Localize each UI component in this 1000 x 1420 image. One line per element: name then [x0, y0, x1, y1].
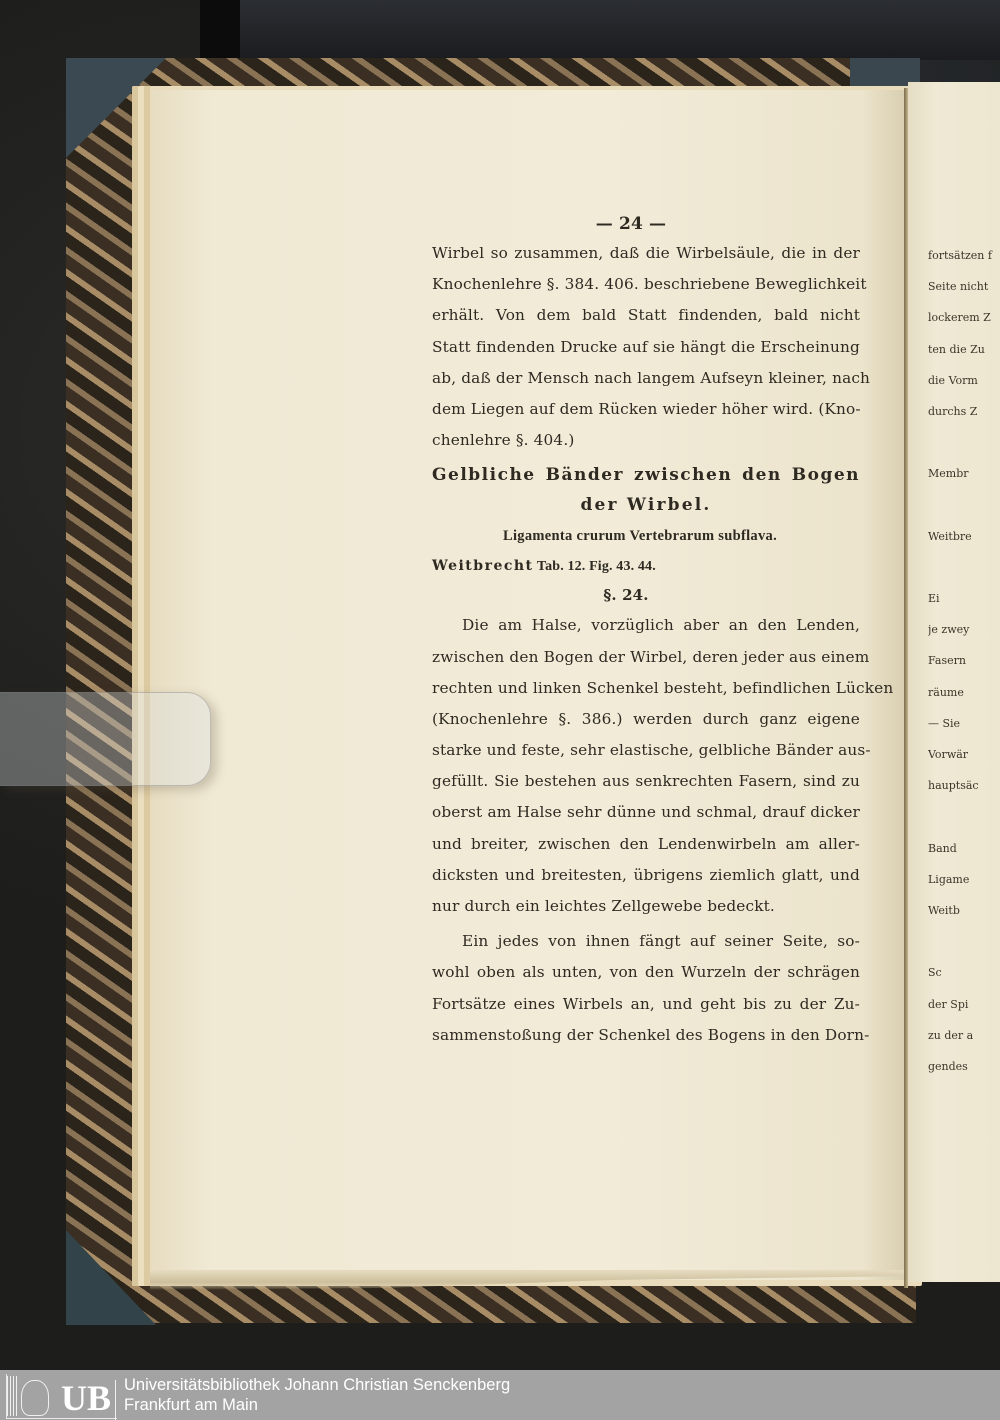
text-line: und breiter, zwischen den Lendenwirbeln …: [432, 829, 860, 860]
text-fragment: der Spi: [928, 989, 1000, 1020]
paragraph-2: Die am Halse, vorzüglich aber an den Len…: [432, 610, 860, 922]
section-number: §. 24.: [392, 580, 860, 610]
text-line: gefüllt. Sie bestehen aus senkrechten Fa…: [432, 766, 860, 797]
scan-background-cloth: [230, 0, 1000, 60]
text-fragment: gendes: [928, 1051, 1000, 1082]
text-fragment: [928, 490, 1000, 521]
page-holder-strip: [0, 692, 211, 786]
latin-title: Ligamenta crurum Vertebrarum subflava.: [420, 520, 860, 552]
heading-line: der Wirbel.: [432, 490, 860, 520]
text-fragment: die Vorm: [928, 365, 1000, 396]
text-line: dicksten und breitesten, übrigens ziemli…: [432, 860, 860, 891]
library-footer-banner: UB Universitätsbibliothek Johann Christi…: [0, 1370, 1000, 1420]
text-line: zwischen den Bogen der Wirbel, deren jed…: [432, 642, 860, 673]
senckenberg-portrait-icon: [21, 1380, 49, 1416]
text-line: Die am Halse, vorzüglich aber an den Len…: [432, 610, 860, 641]
text-fragment: Vorwär: [928, 739, 1000, 770]
paragraph-3: Ein jedes von ihnen fängt auf seiner Sei…: [432, 926, 860, 1051]
text-fragment: Band: [928, 833, 1000, 864]
logo-ub-text: UB: [61, 1378, 111, 1418]
institution-line-2: Frankfurt am Main: [124, 1395, 510, 1415]
heading-line: Gelbliche Bänder zwischen den Bogen: [432, 460, 860, 490]
text-fragment: zu der a: [928, 1020, 1000, 1051]
text-fragment: — Sie: [928, 708, 1000, 739]
text-fragment: Ligame: [928, 864, 1000, 895]
text-line: (Knochenlehre §. 386.) werden durch ganz…: [432, 704, 860, 735]
text-line: Knochenlehre §. 384. 406. beschriebene B…: [432, 269, 860, 300]
text-line: Ein jedes von ihnen fängt auf seiner Sei…: [432, 926, 860, 957]
text-fragment: [928, 926, 1000, 957]
ub-logo: UB: [6, 1374, 117, 1419]
citation-author: Weitbrecht: [432, 558, 534, 574]
text-line: dem Liegen auf dem Rücken wieder höher w…: [432, 394, 860, 425]
text-fragment: hauptsäc: [928, 770, 1000, 801]
text-line: oberst am Halse sehr dünne und schmal, d…: [432, 797, 860, 828]
text-fragment: Weitbre: [928, 521, 1000, 552]
text-fragment: räume: [928, 677, 1000, 708]
text-fragment: je zwey: [928, 614, 1000, 645]
text-fragment: ten die Zu: [928, 334, 1000, 365]
paragraph-1: Wirbel so zusammen, daß die Wirbelsäule,…: [432, 238, 860, 456]
text-fragment: [928, 427, 1000, 458]
text-fragment: Sc: [928, 957, 1000, 988]
logo-divider: [115, 1380, 116, 1420]
text-fragment: Fasern: [928, 645, 1000, 676]
text-fragment: [928, 552, 1000, 583]
institution-line-1: Universitätsbibliothek Johann Christian …: [124, 1375, 510, 1395]
right-page-text-fragments: fortsätzen f Seite nicht lockerem Z ten …: [928, 240, 1000, 1082]
institution-name: Universitätsbibliothek Johann Christian …: [124, 1375, 510, 1415]
text-fragment: durchs Z: [928, 396, 1000, 427]
text-line: Fortsätze eines Wirbels an, und geht bis…: [432, 989, 860, 1020]
text-line: nur durch ein leichtes Zellgewebe bedeck…: [432, 891, 860, 922]
text-line: rechten und linken Schenkel besteht, bef…: [432, 673, 860, 704]
text-line: Statt findenden Drucke auf sie hängt die…: [432, 332, 860, 363]
text-fragment: Weitb: [928, 895, 1000, 926]
citation: Weitbrecht Tab. 12. Fig. 43. 44.: [432, 552, 860, 580]
text-fragment: Ei: [928, 583, 1000, 614]
text-line: ab, daß der Mensch nach langem Aufseyn k…: [432, 363, 860, 394]
text-line: chenlehre §. 404.): [432, 425, 860, 456]
text-line: Wirbel so zusammen, daß die Wirbelsäule,…: [432, 238, 860, 269]
page-number: — 24 —: [402, 210, 860, 238]
text-fragment: Seite nicht: [928, 271, 1000, 302]
text-fragment: Membr: [928, 458, 1000, 489]
left-page-text: — 24 — Wirbel so zusammen, daß die Wirbe…: [432, 210, 860, 1051]
text-fragment: lockerem Z: [928, 302, 1000, 333]
text-line: starke und feste, sehr elastische, gelbl…: [432, 735, 860, 766]
section-heading: Gelbliche Bänder zwischen den Bogen der …: [432, 460, 860, 520]
text-line: wohl oben als unten, von den Wurzeln der…: [432, 957, 860, 988]
text-line: sammenstoßung der Schenkel des Bogens in…: [432, 1020, 860, 1051]
text-line: erhält. Von dem bald Statt findenden, ba…: [432, 300, 860, 331]
citation-reference: Tab. 12. Fig. 43. 44.: [537, 559, 656, 574]
logo-column-lines-icon: [7, 1376, 17, 1416]
text-fragment: fortsätzen f: [928, 240, 1000, 271]
text-fragment: [928, 801, 1000, 832]
scan-background-shadow: [200, 0, 240, 60]
